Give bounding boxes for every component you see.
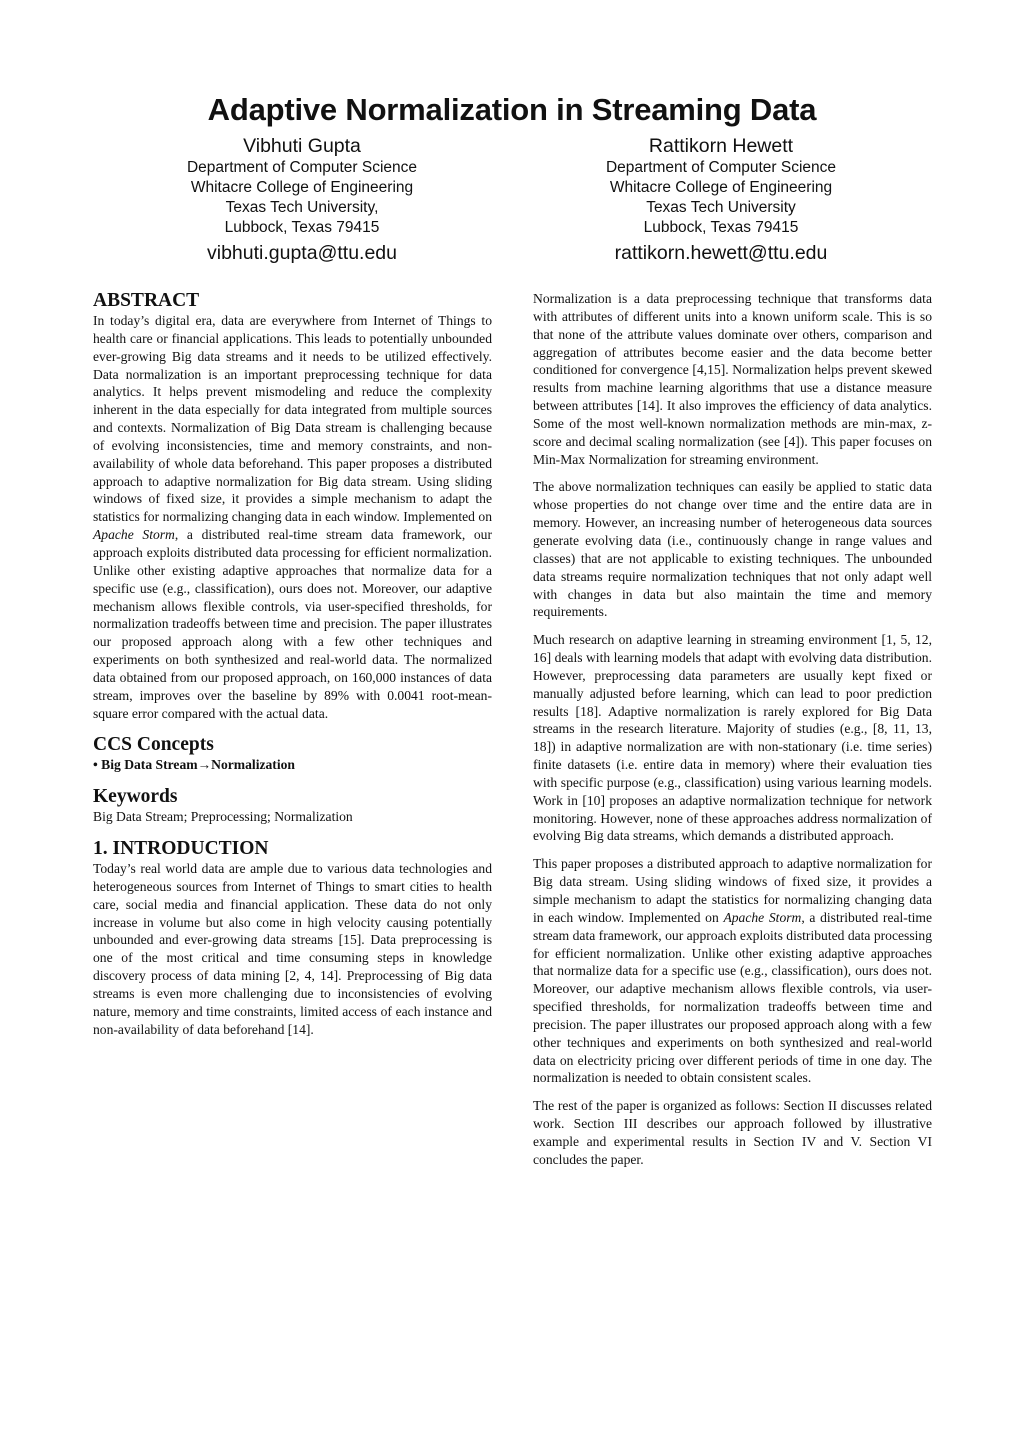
keywords-text: Big Data Stream; Preprocessing; Normaliz… <box>93 808 492 826</box>
abstract-text-part: , a distributed real-time stream data fr… <box>93 527 492 720</box>
author-name: Vibhuti Gupta <box>142 134 462 158</box>
author-email: vibhuti.gupta@ttu.edu <box>142 240 462 266</box>
ccs-concept: • Big Data Stream→Normalization <box>93 756 492 774</box>
keywords-heading: Keywords <box>93 786 492 808</box>
intro-paragraph: The above normalization techniques can e… <box>533 478 932 621</box>
author-college: Whitacre College of Engineering <box>142 178 462 198</box>
author-block: Rattikorn Hewett Department of Computer … <box>561 134 881 266</box>
author-block: Vibhuti Gupta Department of Computer Sci… <box>142 134 462 266</box>
author-department: Department of Computer Science <box>561 158 881 178</box>
author-location: Lubbock, Texas 79415 <box>561 218 881 238</box>
abstract-text-part: In today’s digital era, data are everywh… <box>93 313 492 524</box>
abstract-italic-term: Apache Storm <box>93 527 175 542</box>
author-name: Rattikorn Hewett <box>561 134 881 158</box>
author-location: Lubbock, Texas 79415 <box>142 218 462 238</box>
introduction-heading: 1. INTRODUCTION <box>93 838 492 860</box>
intro-paragraph: Much research on adaptive learning in st… <box>533 631 932 845</box>
ccs-heading: CCS Concepts <box>93 734 492 756</box>
intro-italic-term: Apache Storm <box>723 910 801 925</box>
intro-paragraph: Today’s real world data are ample due to… <box>93 860 492 1038</box>
author-department: Department of Computer Science <box>142 158 462 178</box>
right-column: Normalization is a data preprocessing te… <box>533 290 932 1179</box>
intro-paragraph: The rest of the paper is organized as fo… <box>533 1097 932 1168</box>
intro-text-part: , a distributed real-time stream data fr… <box>533 910 932 1086</box>
intro-paragraph: Normalization is a data preprocessing te… <box>533 290 932 468</box>
paper-title: Adaptive Normalization in Streaming Data <box>0 92 1024 128</box>
abstract-heading: ABSTRACT <box>93 290 492 312</box>
intro-paragraph: This paper proposes a distributed approa… <box>533 855 932 1087</box>
author-college: Whitacre College of Engineering <box>561 178 881 198</box>
author-email: rattikorn.hewett@ttu.edu <box>561 240 881 266</box>
author-university: Texas Tech University <box>561 198 881 218</box>
author-university: Texas Tech University, <box>142 198 462 218</box>
left-column: ABSTRACT In today’s digital era, data ar… <box>93 290 492 1039</box>
abstract-text: In today’s digital era, data are everywh… <box>93 312 492 722</box>
